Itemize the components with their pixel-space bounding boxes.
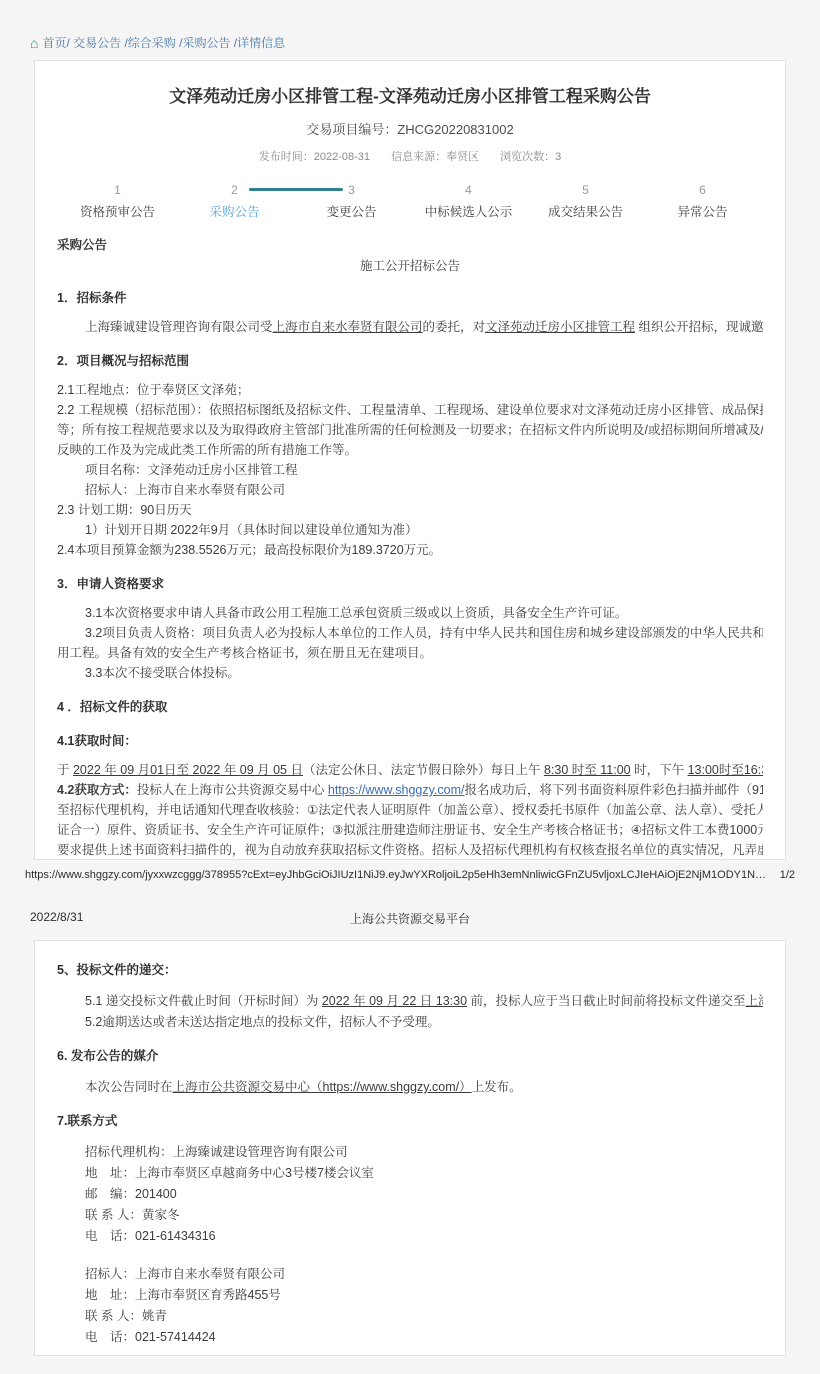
page-title: 文泽苑动迁房小区排管工程-文泽苑动迁房小区排管工程采购公告 bbox=[93, 85, 727, 108]
text-segment: 上海臻诚建设管理咨询有限公司受 bbox=[85, 320, 273, 334]
page2-content: 5、投标文件的递交：5.1 递交投标文件截止时间（开标时间）为 2022 年 0… bbox=[57, 960, 763, 1348]
step-label: 变更公告 bbox=[293, 204, 410, 220]
publish-time-label: 发布时间： bbox=[259, 151, 314, 163]
text-segment: 13:00时至16:30 bbox=[688, 763, 763, 777]
text-segment: 4 ．招标文件的获取 bbox=[57, 700, 167, 714]
view-count-label: 浏览次数： bbox=[500, 151, 555, 163]
step-4[interactable]: 4中标候选人公示 bbox=[410, 181, 527, 220]
text-segment: 地 址：上海市奉贤区育秀路455号 bbox=[85, 1288, 281, 1302]
document-subtitle: 施工公开招标公告 bbox=[57, 256, 763, 274]
doc-line: 用工程。具备有效的安全生产考核合格证书，须在册且无在建项目。 bbox=[57, 643, 763, 663]
text-segment: 1．招标条件 bbox=[57, 291, 126, 305]
step-3[interactable]: 3变更公告 bbox=[293, 181, 410, 220]
pdf-page-number: 1/2 bbox=[780, 869, 795, 881]
doc-line: 招标代理机构：上海臻诚建设管理咨询有限公司 bbox=[57, 1142, 763, 1163]
text-segment: 文泽苑动迁房小区排管工程 bbox=[485, 320, 635, 334]
home-icon: ⌂ bbox=[30, 37, 38, 49]
text-segment: 5.2逾期送达或者未送达指定地点的投标文件，招标人不予受理。 bbox=[85, 1015, 440, 1029]
doc-line: 联 系 人：姚青 bbox=[57, 1306, 763, 1327]
project-number-label: 交易项目编号： bbox=[306, 122, 397, 137]
page-root: ⌂ 首页/ 交易公告 /综合采购 /采购公告 /详情信息 文泽苑动迁房小区排管工… bbox=[0, 0, 820, 1374]
section-heading: 4 ．招标文件的获取 bbox=[57, 697, 763, 717]
text-segment: 证合一）原件、资质证书、安全生产许可证原件；③拟派注册建造师注册证书、安全生产考… bbox=[57, 823, 763, 837]
pdf-page2-header: 2022/8/31 上海公共资源交易平台 bbox=[25, 910, 795, 927]
text-segment: 上发布。 bbox=[472, 1080, 522, 1094]
doc-line: 2.1工程地点：位于奉贤区文泽苑； bbox=[57, 380, 763, 400]
text-segment: 2.4本项目预算金额为238.5526万元；最高投标限价为189.3720万元。 bbox=[57, 543, 441, 557]
text-segment: 要求提供上述书面资料扫描件的，视为自动放弃获取招标文件资格。招标人及招标代理机构… bbox=[57, 843, 763, 857]
text-segment: 5.1 递交投标文件截止时间（开标时间）为 bbox=[85, 994, 322, 1008]
text-segment: 8:30 时至 11:00 bbox=[544, 763, 631, 777]
page1-content: 1．招标条件上海臻诚建设管理咨询有限公司受上海市自来水奉贤有限公司的委托，对文泽… bbox=[57, 288, 763, 860]
stepper-progress-line bbox=[249, 188, 343, 191]
view-count-value: 3 bbox=[555, 151, 561, 163]
inline-link[interactable]: https://www.shggzy.com/ bbox=[328, 783, 465, 797]
section-heading: 6. 发布公告的媒介 bbox=[57, 1046, 763, 1067]
text-segment: 联 系 人：黄家冬 bbox=[85, 1208, 179, 1222]
text-segment: 反映的工作及为完成此类工作所需的所有措施工作等。 bbox=[57, 443, 357, 457]
doc-line: 4.2获取方式：投标人在上海市公共资源交易中心 https://www.shgg… bbox=[57, 780, 763, 800]
text-segment: 上海市奉贤区卓越商务中心3号楼7楼会议室， bbox=[746, 994, 763, 1008]
text-segment: （法定公休日、法定节假日除外）每日上午 bbox=[303, 763, 544, 777]
pdf-footer: https://www.shggzy.com/jyxxwzcggg/378955… bbox=[25, 869, 795, 881]
doc-line: 3.3本次不接受联合体投标。 bbox=[57, 663, 763, 683]
text-segment: 2.3 计划工期：90日历天 bbox=[57, 503, 192, 517]
stepper: 1资格预审公告2采购公告3变更公告4中标候选人公示5成交结果公告6异常公告 bbox=[59, 181, 761, 220]
section-heading: 5、投标文件的递交： bbox=[57, 960, 763, 981]
doc-line: 电 话：021-57414424 bbox=[57, 1327, 763, 1348]
text-segment: 等；所有按工程规范要求以及为取得政府主管部门批准所需的任何检测及一切要求；在招标… bbox=[57, 423, 763, 437]
text-segment: 招标人：上海市自来水奉贤有限公司 bbox=[85, 483, 285, 497]
step-number: 1 bbox=[59, 181, 176, 199]
text-segment: 1）计划开日期 2022年9月（具体时间以建设单位通知为准） bbox=[85, 523, 418, 537]
doc-line: 招标人：上海市自来水奉贤有限公司 bbox=[57, 1264, 763, 1285]
step-label: 采购公告 bbox=[176, 204, 293, 220]
text-segment: 2．项目概况与招标范围 bbox=[57, 354, 189, 368]
step-label: 中标候选人公示 bbox=[410, 204, 527, 220]
text-segment: 报名成功后，将下列书面资料原件彩色扫描并邮件（912851769@qq.com，… bbox=[465, 783, 764, 797]
spacer bbox=[57, 1247, 763, 1264]
text-segment: 5、投标文件的递交： bbox=[57, 963, 176, 977]
text-segment: 电 话：021-61434316 bbox=[85, 1229, 216, 1243]
text-segment: 2022 年 09 月01日至 2022 年 09 月 05 日 bbox=[73, 763, 303, 777]
section-heading: 4.1获取时间： bbox=[57, 731, 763, 751]
info-source-label: 信息来源： bbox=[391, 151, 446, 163]
doc-line: 2.3 计划工期：90日历天 bbox=[57, 500, 763, 520]
doc-line: 2.2 工程规模（招标范围）：依照招标图纸及招标文件、工程量清单、工程现场、建设… bbox=[57, 400, 763, 420]
pdf-footer-url: https://www.shggzy.com/jyxxwzcggg/378955… bbox=[25, 869, 765, 881]
text-segment: 2022 年 09 月 22 日 13:30 bbox=[322, 994, 467, 1008]
doc-line: 5.1 递交投标文件截止时间（开标时间）为 2022 年 09 月 22 日 1… bbox=[57, 991, 763, 1012]
doc-line: 反映的工作及为完成此类工作所需的所有措施工作等。 bbox=[57, 440, 763, 460]
text-segment: 于 bbox=[57, 763, 73, 777]
step-2[interactable]: 2采购公告 bbox=[176, 181, 293, 220]
text-segment: 邮 编：201400 bbox=[85, 1187, 177, 1201]
print-page-2: 5、投标文件的递交：5.1 递交投标文件截止时间（开标时间）为 2022 年 0… bbox=[34, 940, 786, 1356]
doc-line: 联 系 人：黄家冬 bbox=[57, 1205, 763, 1226]
text-segment: 3.3本次不接受联合体投标。 bbox=[85, 666, 240, 680]
text-segment: 时，下午 bbox=[631, 763, 688, 777]
project-number-value: ZHCG20220831002 bbox=[397, 122, 513, 137]
doc-line: 于 2022 年 09 月01日至 2022 年 09 月 05 日（法定公休日… bbox=[57, 760, 763, 780]
text-segment: 上海市自来水奉贤有限公司 bbox=[273, 320, 423, 334]
text-segment: 2.2 工程规模（招标范围）：依照招标图纸及招标文件、工程量清单、工程现场、建设… bbox=[57, 403, 763, 417]
text-segment: 至招标代理机构，并电话通知代理查收核验：①法定代表人证明原件（加盖公章）、授权委… bbox=[57, 803, 763, 817]
doc-line: 地 址：上海市奉贤区卓越商务中心3号楼7楼会议室 bbox=[57, 1163, 763, 1184]
doc-line: 1）计划开日期 2022年9月（具体时间以建设单位通知为准） bbox=[57, 520, 763, 540]
breadcrumb-bar: ⌂ 首页/ 交易公告 /综合采购 /采购公告 /详情信息 bbox=[0, 0, 820, 60]
text-segment: 的委托，对 bbox=[423, 320, 486, 334]
step-number: 4 bbox=[410, 181, 527, 199]
section-heading: 7.联系方式 bbox=[57, 1111, 763, 1132]
doc-line: 电 话：021-61434316 bbox=[57, 1226, 763, 1247]
step-number: 5 bbox=[527, 181, 644, 199]
pdf-header-site-title: 上海公共资源交易平台 bbox=[350, 912, 470, 926]
meta-row: 发布时间：2022-08-31 信息来源：奉贤区 浏览次数：3 bbox=[57, 148, 763, 164]
text-segment: 组织公开招标，现诚邀符合投标单位资质要求的单位参加投标。 bbox=[635, 320, 763, 334]
pdf-header-date: 2022/8/31 bbox=[30, 910, 83, 924]
text-segment: 2.1工程地点：位于奉贤区文泽苑； bbox=[57, 383, 249, 397]
text-segment: 3.1本次资格要求申请人具备市政公用工程施工总承包资质三级或以上资质，具备安全生… bbox=[85, 606, 627, 620]
doc-line: 2.4本项目预算金额为238.5526万元；最高投标限价为189.3720万元。 bbox=[57, 540, 763, 560]
doc-line: 3.2项目负责人资格：项目负责人必为投标人本单位的工作人员，持有中华人民共和国住… bbox=[57, 623, 763, 643]
text-segment: 3．申请人资格要求 bbox=[57, 577, 164, 591]
text-segment: 6. 发布公告的媒介 bbox=[57, 1049, 158, 1063]
text-segment: 投标人在上海市公共资源交易中心 bbox=[137, 783, 328, 797]
doc-line: 要求提供上述书面资料扫描件的，视为自动放弃获取招标文件资格。招标人及招标代理机构… bbox=[57, 840, 763, 860]
text-segment: 3.2项目负责人资格：项目负责人必为投标人本单位的工作人员，持有中华人民共和国住… bbox=[85, 626, 763, 640]
text-segment: 用工程。具备有效的安全生产考核合格证书，须在册且无在建项目。 bbox=[57, 646, 432, 660]
text-segment: 7.联系方式 bbox=[57, 1114, 117, 1128]
print-page-1: 文泽苑动迁房小区排管工程-文泽苑动迁房小区排管工程采购公告 交易项目编号：ZHC… bbox=[34, 60, 786, 860]
announcement-type-label: 采购公告 bbox=[57, 235, 763, 253]
text-segment: 电 话：021-57414424 bbox=[85, 1330, 216, 1344]
publish-time-value: 2022-08-31 bbox=[314, 151, 370, 163]
doc-line: 地 址：上海市奉贤区育秀路455号 bbox=[57, 1285, 763, 1306]
section-heading: 3．申请人资格要求 bbox=[57, 574, 763, 594]
step-number: 6 bbox=[644, 181, 761, 199]
text-segment: 项目名称：文泽苑动迁房小区排管工程 bbox=[85, 463, 298, 477]
step-label: 异常公告 bbox=[644, 204, 761, 220]
text-segment: 地 址：上海市奉贤区卓越商务中心3号楼7楼会议室 bbox=[85, 1166, 374, 1180]
doc-line: 邮 编：201400 bbox=[57, 1184, 763, 1205]
text-segment: 本次公告同时在 bbox=[85, 1080, 173, 1094]
text-segment: 上海市公共资源交易中心（https://www.shggzy.com/） bbox=[173, 1080, 472, 1094]
doc-line: 3.1本次资格要求申请人具备市政公用工程施工总承包资质三级或以上资质，具备安全生… bbox=[57, 603, 763, 623]
doc-line: 至招标代理机构，并电话通知代理查收核验：①法定代表人证明原件（加盖公章）、授权委… bbox=[57, 800, 763, 820]
section-heading: 2．项目概况与招标范围 bbox=[57, 351, 763, 371]
text-segment: 联 系 人：姚青 bbox=[85, 1309, 167, 1323]
step-label: 资格预审公告 bbox=[59, 204, 176, 220]
doc-line: 本次公告同时在上海市公共资源交易中心（https://www.shggzy.co… bbox=[57, 1077, 763, 1098]
doc-line: 证合一）原件、资质证书、安全生产许可证原件；③拟派注册建造师注册证书、安全生产考… bbox=[57, 820, 763, 840]
text-segment: 前，投标人应于当日截止时间前将投标文件递交至 bbox=[467, 994, 745, 1008]
text-segment: 4.1获取时间： bbox=[57, 734, 137, 748]
step-6[interactable]: 6异常公告 bbox=[644, 181, 761, 220]
text-segment: 招标代理机构：上海臻诚建设管理咨询有限公司 bbox=[85, 1145, 348, 1159]
step-5[interactable]: 5成交结果公告 bbox=[527, 181, 644, 220]
breadcrumb[interactable]: 首页/ 交易公告 /综合采购 /采购公告 /详情信息 bbox=[42, 34, 285, 51]
project-number-line: 交易项目编号：ZHCG20220831002 bbox=[57, 119, 763, 138]
text-segment: 4.2获取方式： bbox=[57, 783, 137, 797]
doc-line: 5.2逾期送达或者未送达指定地点的投标文件，招标人不予受理。 bbox=[57, 1012, 763, 1033]
doc-line: 上海臻诚建设管理咨询有限公司受上海市自来水奉贤有限公司的委托，对文泽苑动迁房小区… bbox=[57, 317, 763, 337]
doc-line: 招标人：上海市自来水奉贤有限公司 bbox=[57, 480, 763, 500]
info-source-value: 奉贤区 bbox=[446, 151, 479, 163]
step-label: 成交结果公告 bbox=[527, 204, 644, 220]
step-1[interactable]: 1资格预审公告 bbox=[59, 181, 176, 220]
doc-line: 等；所有按工程规范要求以及为取得政府主管部门批准所需的任何检测及一切要求；在招标… bbox=[57, 420, 763, 440]
doc-line: 项目名称：文泽苑动迁房小区排管工程 bbox=[57, 460, 763, 480]
section-heading: 1．招标条件 bbox=[57, 288, 763, 308]
text-segment: 招标人：上海市自来水奉贤有限公司 bbox=[85, 1267, 285, 1281]
